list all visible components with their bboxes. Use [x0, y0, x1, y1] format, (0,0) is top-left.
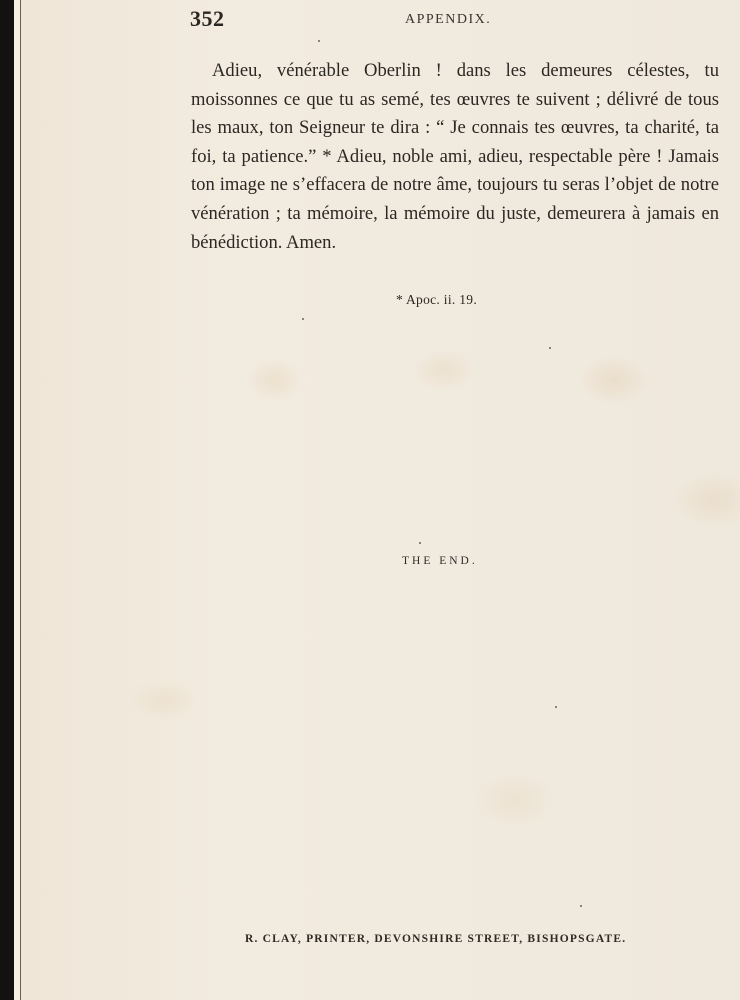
printer-imprint: R. CLAY, PRINTER, DEVONSHIRE STREET, BIS… — [245, 933, 626, 945]
paper-speck — [580, 905, 582, 907]
running-title: APPENDIX. — [405, 12, 491, 28]
page-number: 352 — [190, 6, 225, 32]
paper-speck — [302, 318, 304, 320]
gutter-line — [20, 0, 21, 1000]
body-paragraph: Adieu, vénérable Oberlin ! dans les deme… — [191, 57, 719, 257]
paper-speck — [419, 542, 421, 544]
paper-speck — [549, 347, 551, 349]
paper-speck — [555, 706, 557, 708]
paper-speck — [318, 40, 320, 42]
book-binding-edge — [0, 0, 14, 1000]
footnote: * Apoc. ii. 19. — [396, 292, 477, 308]
running-head: 352 APPENDIX. — [190, 6, 720, 36]
the-end-label: THE END. — [402, 555, 478, 567]
